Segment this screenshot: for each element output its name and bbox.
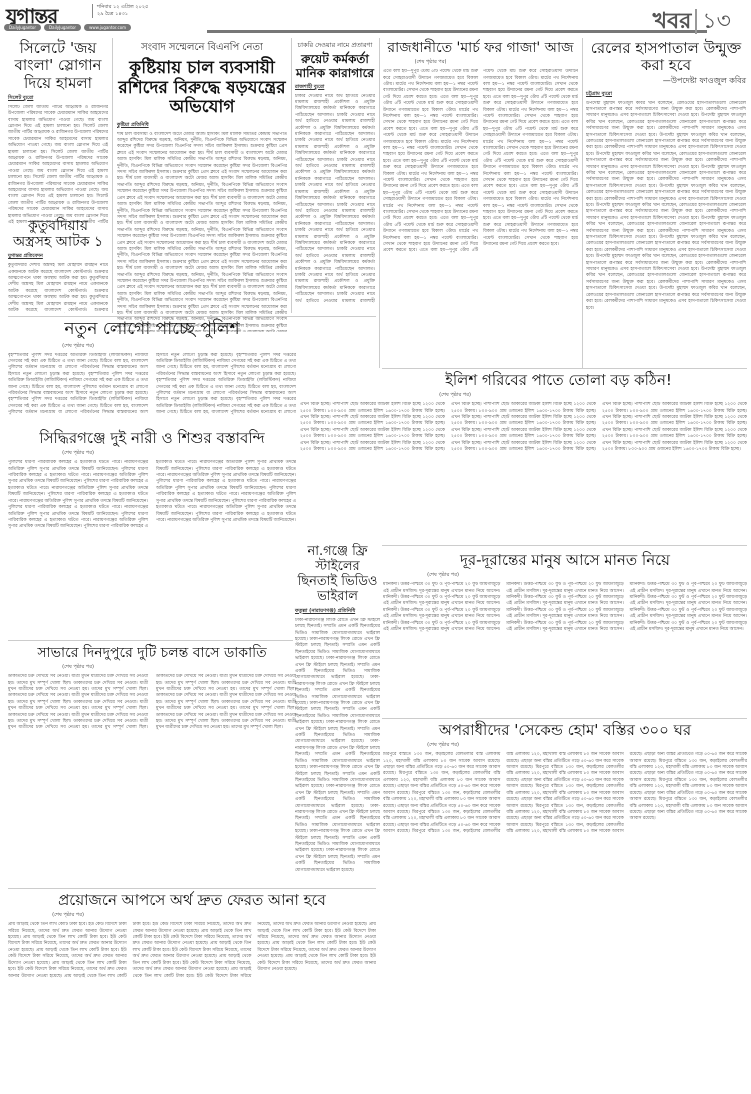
continued-note: (শেষ পৃষ্ঠার পর) — [383, 59, 478, 67]
column-divider — [112, 38, 113, 313]
continued-note: (শেষ পৃষ্ঠার পর) — [383, 742, 503, 750]
row-divider — [382, 545, 747, 546]
article-body: ডাকাতদের চক্র দেখিয়ে সব নেওয়া। যাত্রী … — [8, 674, 296, 894]
article-savar-bus[interactable]: সাভারে দিনদুপুরে দুটি চলন্ত বাসে ডাকাতি … — [8, 645, 296, 894]
article-money-return[interactable]: প্রয়োজনে আপসে অর্থ দ্রুত ফেরত আনা হবে (… — [8, 892, 376, 1094]
facebook-link[interactable]: DailyJugantor — [4, 24, 41, 31]
continued-note: (শেষ পৃষ্ঠার পর) — [8, 912, 128, 920]
article-body: প্রায় আড়াই থেকে তিন লাখ কোটি টাকা হবে।… — [8, 922, 376, 1094]
row-divider — [8, 888, 376, 889]
article-body: ঢাকা-নারায়ণগঞ্জ লিংক রোডে এখন ফ্রি স্টা… — [295, 618, 380, 918]
article-naganj-video[interactable]: না.গঞ্জে ফ্রি স্টাইলের ছিনতাই ভিডিও ভাইর… — [295, 545, 380, 918]
headline[interactable]: নতুন লোগো পাচ্ছে পুলিশ — [8, 320, 296, 340]
continued-note: (শেষ পৃষ্ঠার পর) — [380, 392, 530, 400]
row-divider — [382, 368, 747, 369]
article-body: উপদেষ্টা মুহাম্মদ ফাওজুল কবির খান বলেছেন… — [586, 101, 746, 366]
kicker: চাকরি দেওয়ার নামে প্রতারণা — [295, 40, 375, 51]
headline[interactable]: সিদ্ধিরগঞ্জে দুই নারী ও শিশুর বস্তাবন্দি — [8, 430, 296, 447]
byline: ফতুল্লা (নারায়ণগঞ্জ) প্রতিনিধি — [295, 608, 380, 616]
article-body: শীর্ষ চাল ব্যবসায়ী ও বাংলাদেশ অটো মেজর … — [117, 132, 287, 332]
section-label: খবর১৩ — [653, 4, 731, 41]
headline[interactable]: কুষ্টিয়ায় চাল ব্যবসায়ী রশিদের বিরুদ্ধ… — [117, 59, 287, 118]
byline: সিলেট ব্যুরো — [8, 95, 108, 103]
headline[interactable]: রাজধানীতে 'মার্চ ফর গাজা' আজ — [383, 40, 578, 56]
article-second-home[interactable]: অপরাধীদের 'সেকেন্ড হোম' বস্তির ৩০০ ঘর (শ… — [383, 722, 747, 1094]
article-body: সিলেট জেলা জাতীয় পার্টির আহ্বায়ক ও রাজ… — [8, 105, 108, 225]
headline[interactable]: না.গঞ্জে ফ্রি স্টাইলের ছিনতাই ভিডিও ভাইর… — [295, 545, 380, 605]
article-manot[interactable]: দূর-দূরান্তের মানুষ আসে মানত নিয়ে (শেষ … — [383, 552, 747, 722]
article-police-logo[interactable]: নতুন লোগো পাচ্ছে পুলিশ (শেষ পৃষ্ঠার পর) … — [8, 320, 296, 423]
continued-note: (শেষ পৃষ্ঠার পর) — [8, 450, 148, 458]
row-divider — [382, 718, 747, 719]
article-body: বৃহস্পতিবার পুলিশ সদর দপ্তরের অতিরিক্ত ড… — [8, 353, 296, 423]
article-body: এখন বিক্রি হচ্ছে। পাশাপাশি ছোট আকারের জা… — [300, 402, 747, 542]
article-body: কুতুবদিয়ার দেশীয় অস্ত্রসহ মিল মোহাম্মদ… — [8, 263, 108, 313]
headline[interactable]: সিলেটে 'জয় বাংলা' স্লোগান দিয়ে হামলা — [8, 40, 108, 92]
headline[interactable]: প্রয়োজনে আপসে অর্থ দ্রুত ফেরত আনা হবে — [8, 892, 376, 909]
article-sylhet[interactable]: সিলেটে 'জয় বাংলা' স্লোগান দিয়ে হামলা স… — [8, 40, 108, 225]
subhead: —উপদেষ্টা ফাওজুল কবির — [586, 75, 746, 88]
column-divider — [291, 38, 292, 313]
article-body: পুলিশের ধারণা পারিবারিক কলহের এ হত্যাকাণ… — [8, 460, 296, 645]
article-kushtia[interactable]: সংবাদ সম্মেলনে বিএনপি নেতা কুষ্টিয়ায় চ… — [117, 40, 287, 332]
row-divider — [8, 640, 293, 641]
headline[interactable]: অপরাধীদের 'সেকেন্ড হোম' বস্তির ৩০০ ঘর — [383, 722, 747, 739]
page-number: ১৩ — [695, 9, 731, 34]
kicker: সংবাদ সম্মেলনে বিএনপি নেতা — [117, 40, 287, 57]
byline: রাজশাহী ব্যুরো — [295, 84, 375, 92]
row-divider — [8, 316, 376, 317]
twitter-link[interactable]: DailyJugantor — [44, 24, 81, 31]
byline: যুগান্তর প্রতিবেদন — [8, 253, 108, 261]
continued-note: (শেষ পৃষ্ঠার পর) — [383, 572, 503, 580]
byline: কুষ্টিয়া প্রতিনিধি — [117, 122, 287, 130]
headline[interactable]: রেলের হাসপাতাল উন্মুক্ত করা হবে — [586, 40, 746, 75]
headline[interactable]: দূর-দূরান্তের মানুষ আসে মানত নিয়ে — [383, 552, 747, 569]
article-hilsa[interactable]: ইলিশ গরিবের পাতে তোলা বড় কঠিন! (শেষ পৃষ… — [300, 372, 747, 542]
article-kutubdia[interactable]: কুতুবদিয়ায় অস্ত্রসহ আটক ১ যুগান্তর প্র… — [8, 218, 108, 313]
masthead: যুগান্তর শনিবার ১২ এপ্রিল ২০২৫ ২৯ চৈত্র … — [0, 0, 751, 34]
headline[interactable]: সাভারে দিনদুপুরে দুটি চলন্ত বাসে ডাকাতি — [8, 645, 296, 661]
headline[interactable]: রুয়েট কর্মকর্তা মানিক কারাগারে — [295, 53, 375, 81]
article-body: চাকরি দেওয়ার নামে অর্থ হাতিয়ে নেওয়ার … — [295, 94, 375, 304]
article-rail-hospital[interactable]: রেলের হাসপাতাল উন্মুক্ত করা হবে —উপদেষ্ট… — [586, 40, 746, 366]
article-march-for-gaza[interactable]: রাজধানীতে 'মার্চ ফর গাজা' আজ (শেষ পৃষ্ঠা… — [383, 40, 578, 339]
issue-date: শনিবার ১২ এপ্রিল ২০২৫ ২৯ চৈত্র ১৪৩১ — [92, 4, 148, 18]
continued-note: (শেষ পৃষ্ঠার পর) — [8, 664, 148, 672]
social-links: DailyJugantor DailyJugantor www.jugantor… — [4, 24, 131, 31]
column-divider — [379, 38, 380, 368]
article-body: এতে বলা হয়—দুপুর ৩টায় ৫টি পয়েন্ট থেকে… — [383, 69, 578, 339]
continued-note: (শেষ পৃষ্ঠার পর) — [8, 343, 148, 351]
article-body: মিরপুরে বস্তিতে ১৩০ জন, কড়াইলের বেলতলীর… — [383, 752, 747, 1094]
website-link[interactable]: www.jugantor.com — [84, 24, 131, 31]
article-siddhirganj[interactable]: সিদ্ধিরগঞ্জে দুই নারী ও শিশুর বস্তাবন্দি… — [8, 430, 296, 645]
headline[interactable]: ইলিশ গরিবের পাতে তোলা বড় কঠিন! — [300, 372, 747, 389]
header-rule — [207, 30, 707, 33]
article-ruet[interactable]: চাকরি দেওয়ার নামে প্রতারণা রুয়েট কর্মক… — [295, 40, 375, 304]
article-body: মানিকদী। উত্তর-পশ্চিমে ৩০ ফুট ও পূর্ব-পশ… — [383, 582, 747, 722]
byline: চট্টগ্রাম ব্যুরো — [586, 91, 746, 99]
headline[interactable]: কুতুবদিয়ায় অস্ত্রসহ আটক ১ — [8, 218, 108, 250]
column-divider — [582, 38, 583, 368]
